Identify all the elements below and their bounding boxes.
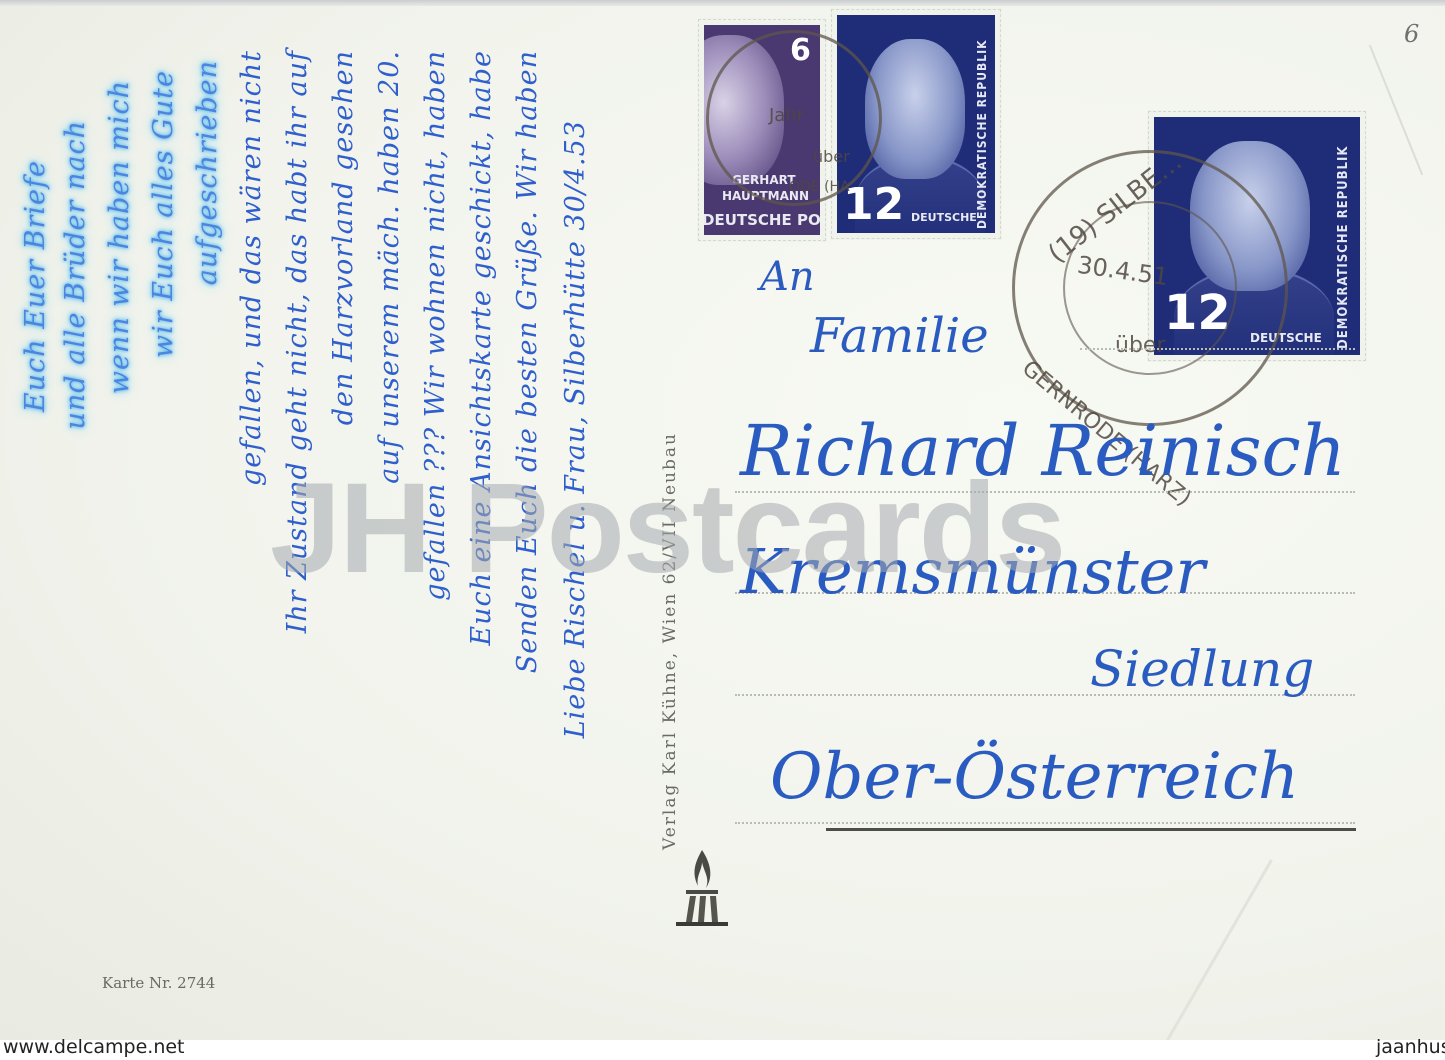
address-line: Familie [810, 308, 989, 364]
postmark-via: über [1115, 333, 1166, 358]
message-line: aufgeschrieben [192, 60, 223, 285]
address-region: Ober-Österreich [770, 740, 1299, 814]
seller-credit: jaanhus [1376, 1036, 1445, 1058]
address-underline [826, 828, 1356, 831]
stamp-country: DEUTSCHE POST [704, 211, 820, 229]
message-line: Liebe Rischel u. Frau, Silberhütte 30/4.… [560, 120, 591, 738]
stamp-side-text: DEMOKRATISCHE REPUBLIK [975, 19, 989, 229]
message-line: gefallen, und das wären nicht [236, 50, 267, 486]
stamp-side-text: DEMOKRATISCHE REPUBLIK [1336, 121, 1351, 349]
watermark: JH Postcards [270, 455, 1064, 602]
crease-mark [1160, 859, 1273, 1040]
publisher-logo-icon [672, 842, 732, 942]
corner-number: 6 [1404, 20, 1419, 48]
postmark: Jahr über ODE (HA [706, 30, 882, 206]
stamp-country: DEUTSCHE [911, 211, 977, 224]
card-number: Karte Nr. 2744 [102, 974, 215, 992]
address-salutation: An [760, 254, 815, 300]
crease-mark [1369, 45, 1423, 176]
message-line: Euch Euer Briefe [20, 160, 51, 412]
stamp-denomination: 12 [843, 179, 904, 230]
message-line: und alle Brüder nach [60, 120, 91, 429]
message-line: wir Euch alles Gute [148, 70, 179, 358]
postmark-gernrode: (19) SILBE… 30.4.51 über GERNRODE (HARZ) [1012, 150, 1288, 426]
message-line: wenn wir haben mich [104, 80, 135, 394]
message-line: auf unserem mäch. haben 20. [374, 50, 405, 484]
address-district: Siedlung [1090, 640, 1314, 698]
postcard: 6 Euch Euer Briefe und alle Brüder nach … [0, 0, 1445, 1040]
source-credit: www.delcampe.net [3, 1036, 185, 1058]
message-line: den Harzvorland gesehen [328, 50, 359, 425]
